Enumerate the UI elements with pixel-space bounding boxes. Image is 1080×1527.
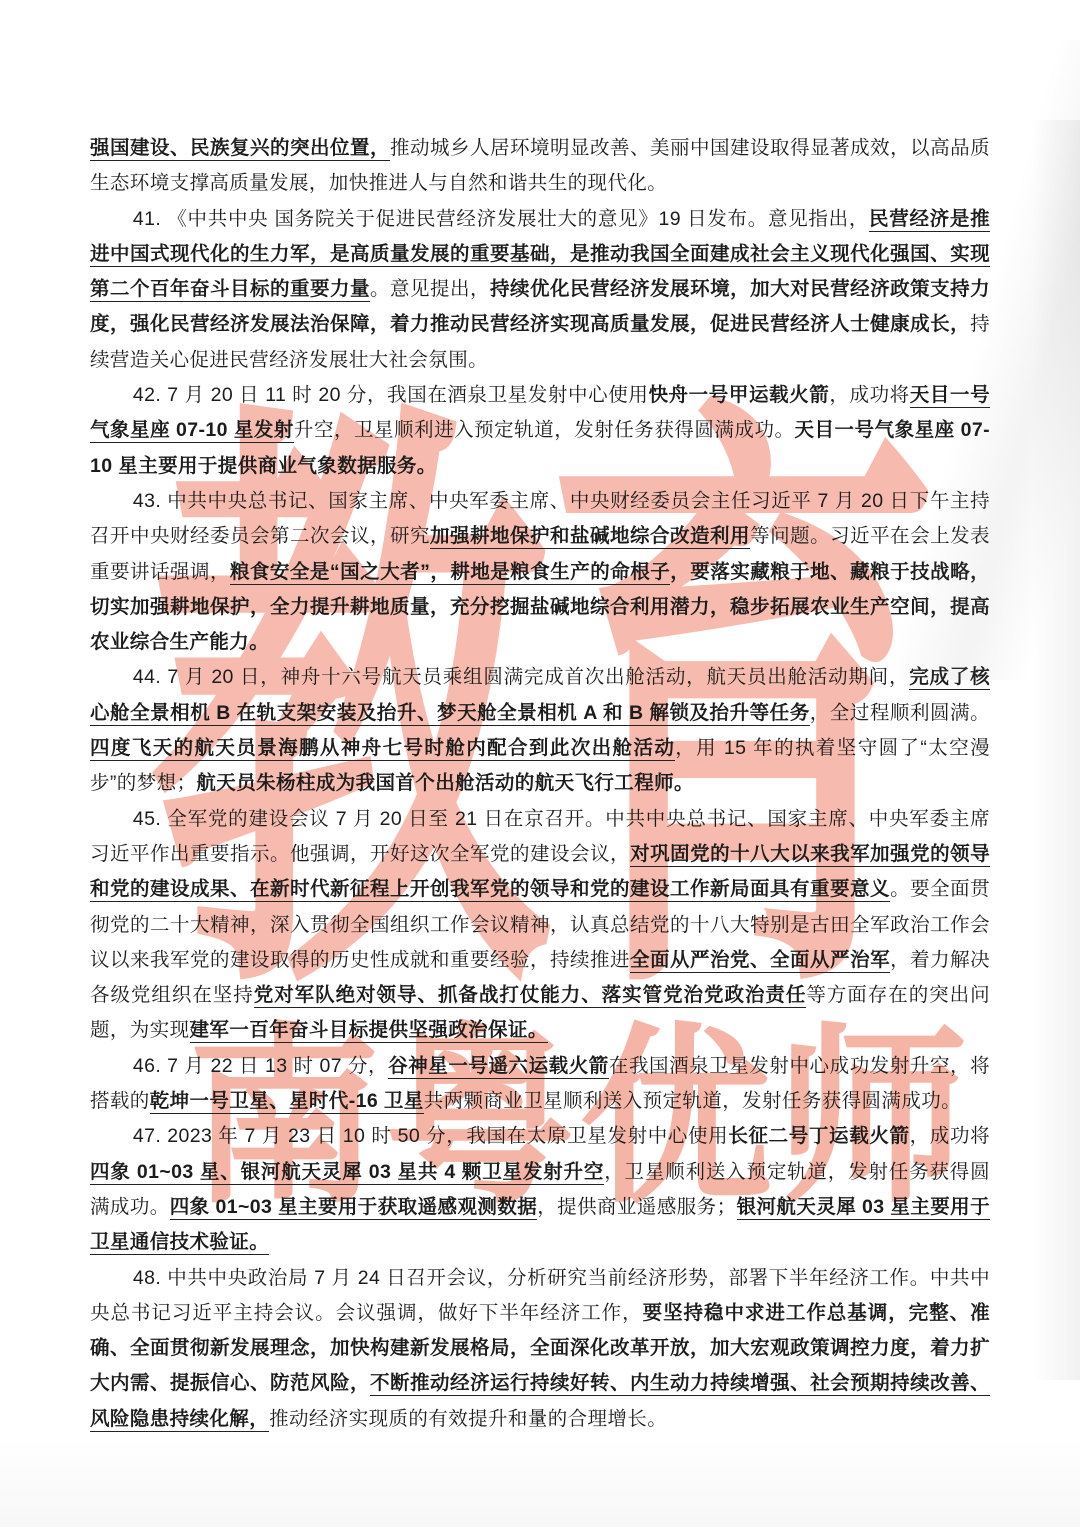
- highlighted-text: 航天员朱杨柱成为我国首个出舱活动的航天飞行工程师。: [196, 772, 694, 794]
- highlighted-text: 加强耕地保护和盐碱地综合改造利用: [430, 525, 750, 549]
- paragraph: 47. 2023 年 7 月 23 日 10 时 50 分，我国在太原卫星发射中…: [90, 1119, 990, 1260]
- highlighted-text: 党对军队绝对领导、抓备战打仗能力、落实管党治党政治责任: [254, 984, 807, 1008]
- photo-smudge: [0, 1437, 1080, 1527]
- highlighted-text: 四象 01~03 星主要用于获取遥感观测数据: [170, 1196, 537, 1220]
- document-body: 强国建设、民族复兴的突出位置，推动城乡人居环境明显改善、美丽中国建设取得显著成效…: [90, 131, 990, 1437]
- page-number: - 5 -: [0, 1408, 1080, 1425]
- body-text: 44. 7 月 20 日，神舟十六号航天员乘组圆满完成首次出舱活动，航天员出舱活…: [133, 666, 909, 688]
- scanned-document-page: { "watermark": { "top_text": "教育", "bott…: [0, 0, 1080, 1527]
- highlighted-text: 四象 01~03 星、银河航天灵犀 03 星共 4 颗卫星发射升空: [90, 1161, 604, 1185]
- paragraph: 42. 7 月 20 日 11 时 20 分，我国在酒泉卫星发射中心使用快舟一号…: [90, 378, 990, 484]
- highlighted-text: 粮食安全是“国之大者”，耕地是粮食生产的命根子: [230, 561, 670, 585]
- body-text: 。意见提出，: [370, 278, 490, 300]
- body-text: ，全过程顺利圆满。: [810, 702, 990, 724]
- paragraph: 46. 7 月 22 日 13 时 07 分，谷神星一号遥六运载火箭在我国酒泉卫…: [90, 1049, 990, 1120]
- photo-smudge: [1032, 120, 1080, 1380]
- paragraph: 44. 7 月 20 日，神舟十六号航天员乘组圆满完成首次出舱活动，航天员出舱活…: [90, 660, 990, 801]
- body-text: ，成功将: [910, 1125, 990, 1147]
- highlighted-text: 全面从严治党、全面从严治军: [630, 949, 890, 973]
- body-text: 42. 7 月 20 日 11 时 20 分，我国在酒泉卫星发射中心使用: [133, 384, 649, 406]
- paragraph: 强国建设、民族复兴的突出位置，推动城乡人居环境明显改善、美丽中国建设取得显著成效…: [90, 131, 990, 202]
- highlighted-text: 建军一百年奋斗目标提供坚强政治保证。: [190, 1019, 548, 1043]
- paragraph: 43. 中共中央总书记、国家主席、中央军委主席、中央财经委员会主任习近平 7 月…: [90, 484, 990, 660]
- highlighted-text: 谷神星一号遥六运载火箭: [388, 1055, 609, 1079]
- highlighted-text: 四度飞天的航天员景海鹏从神舟七号时舱内配合到此次出舱活动: [90, 737, 675, 761]
- body-text: ，成功将: [829, 384, 909, 406]
- body-text: 升空，卫星顺利进入预定轨道，发射任务获得圆满成功。: [294, 419, 795, 441]
- body-text: 46. 7 月 22 日 13 时 07 分，: [133, 1055, 388, 1077]
- body-text: 共两颗商业卫星顺利送入预定轨道，发射任务获得圆满成功。: [424, 1090, 961, 1112]
- body-text: 47. 2023 年 7 月 23 日 10 时 50 分，我国在太原卫星发射中…: [133, 1125, 728, 1147]
- body-text: 41. 《中共中央 国务院关于促进民营经济发展壮大的意见》19 日发布。意见指出…: [133, 208, 869, 230]
- paragraph: 45. 全军党的建设会议 7 月 20 日至 21 日在京召开。中共中央总书记、…: [90, 802, 990, 1049]
- body-text: ，提供商业遥感服务；: [537, 1196, 736, 1218]
- highlighted-text: 乾坤一号卫星、星时代-16 卫星: [150, 1090, 424, 1114]
- paragraph: 41. 《中共中央 国务院关于促进民营经济发展壮大的意见》19 日发布。意见指出…: [90, 202, 990, 378]
- highlighted-text: 强国建设、民族复兴的突出位置，: [90, 137, 390, 161]
- highlighted-text: 长征二号丁运载火箭: [728, 1125, 909, 1147]
- highlighted-text: 快舟一号甲运载火箭: [648, 384, 829, 406]
